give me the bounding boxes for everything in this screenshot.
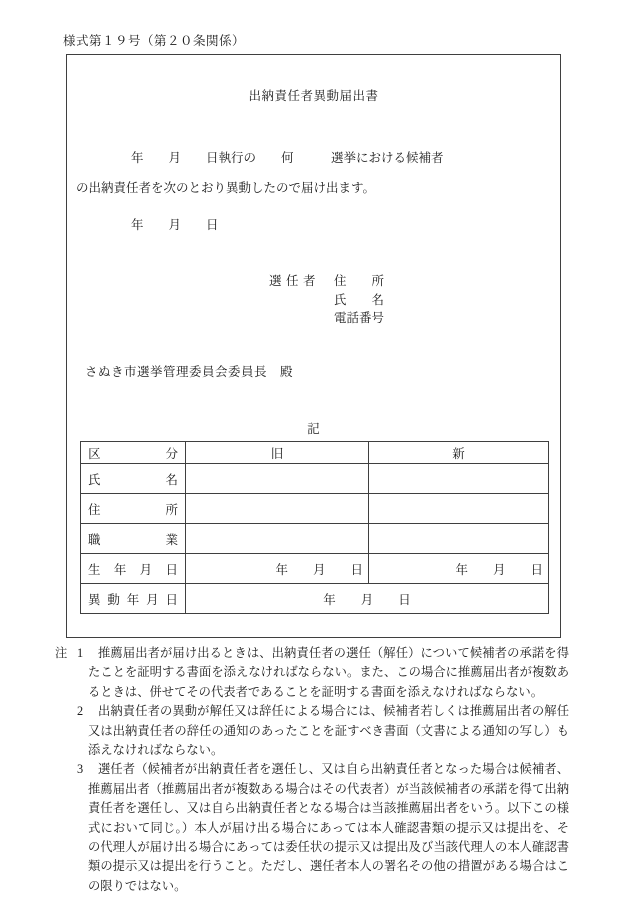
label-char: 名 bbox=[165, 470, 178, 488]
name-label-cell: 氏 名 bbox=[81, 464, 186, 494]
address-new-cell bbox=[369, 494, 549, 524]
change-table: 区 分 旧 新 氏 名 bbox=[80, 441, 549, 614]
addressee-line: さぬき市選挙管理委員会委員長 殿 bbox=[85, 362, 293, 380]
filing-date-line: 年 月 日 bbox=[131, 215, 219, 233]
note-item-1: 1 推薦届出者が届け出るときは、出納責任者の選任（解任）について候補者の承諾を得… bbox=[55, 644, 569, 702]
label-char: 住 bbox=[88, 500, 101, 518]
election-date-line: 年 月 日執行の 何 選挙における候補者 bbox=[131, 148, 444, 166]
occupation-label-cell: 職 業 bbox=[81, 524, 186, 554]
notes-section: 注 1 推薦届出者が届け出るときは、出納責任者の選任（解任）について候補者の承諾… bbox=[55, 644, 569, 896]
appointer-block: 選任者 住 所 氏 名 電話番号 bbox=[269, 272, 384, 328]
note-number: 3 bbox=[77, 760, 83, 779]
appointer-fields: 住 所 氏 名 電話番号 bbox=[334, 272, 384, 328]
appointer-label: 選任者 bbox=[269, 272, 320, 291]
form-page: 様式第１９号（第２０条関係） 出納責任者異動届出書 年 月 日執行の 何 選挙に… bbox=[0, 0, 630, 903]
note-number: 1 bbox=[77, 644, 83, 663]
note-number: 2 bbox=[77, 702, 83, 721]
header-old-cell: 旧 bbox=[186, 442, 369, 464]
label-char: 所 bbox=[165, 500, 178, 518]
birthdate-old-cell: 年 月 日 bbox=[186, 554, 369, 584]
appointer-phone-label: 電話番号 bbox=[334, 309, 384, 328]
appointer-address-label: 住 所 bbox=[334, 272, 384, 291]
appointer-name-label: 氏 名 bbox=[334, 291, 384, 310]
note-text: 出納責任者の異動が解任又は辞任による場合には、候補者若しくは推薦届出者の解任又は… bbox=[88, 702, 569, 760]
note-text: 推薦届出者が届け出るときは、出納責任者の選任（解任）について候補者の承諾を得たこ… bbox=[88, 644, 569, 702]
declaration-line: の出納責任者を次のとおり異動したので届け出ます。 bbox=[76, 178, 375, 196]
table-row-occupation: 職 業 bbox=[81, 524, 549, 554]
label-char: 月 bbox=[146, 590, 159, 608]
header-category-cell: 区 分 bbox=[81, 442, 186, 464]
label-char: 区 bbox=[88, 444, 101, 462]
birthdate-new-cell: 年 月 日 bbox=[369, 554, 549, 584]
birthdate-label-cell: 生 年 月 日 bbox=[81, 554, 186, 584]
form-box: 出納責任者異動届出書 年 月 日執行の 何 選挙における候補者 の出納責任者を次… bbox=[66, 54, 561, 638]
occupation-old-cell bbox=[186, 524, 369, 554]
label-char: 生 bbox=[88, 560, 101, 578]
label-char: 日 bbox=[165, 590, 178, 608]
note-text: 選任者（候補者が出納責任者を選任し、又は自ら出納責任者となった場合は候補者、推薦… bbox=[88, 760, 569, 896]
change-date-value-cell: 年 月 日 bbox=[186, 584, 549, 614]
ki-heading: 記 bbox=[67, 419, 560, 437]
table-row-change-date: 異 動 年 月 日 年 月 日 bbox=[81, 584, 549, 614]
table-row-name: 氏 名 bbox=[81, 464, 549, 494]
label-char: 年 bbox=[127, 590, 140, 608]
table-row-birthdate: 生 年 月 日 年 月 日 年 月 日 bbox=[81, 554, 549, 584]
name-new-cell bbox=[369, 464, 549, 494]
label-char: 日 bbox=[165, 560, 178, 578]
label-char: 職 bbox=[88, 530, 101, 548]
note-item-2: 2 出納責任者の異動が解任又は辞任による場合には、候補者若しくは推薦届出者の解任… bbox=[55, 702, 569, 760]
name-old-cell bbox=[186, 464, 369, 494]
header-new-cell: 新 bbox=[369, 442, 549, 464]
label-char: 分 bbox=[165, 444, 178, 462]
address-label-cell: 住 所 bbox=[81, 494, 186, 524]
occupation-new-cell bbox=[369, 524, 549, 554]
label-char: 月 bbox=[140, 560, 153, 578]
label-char: 業 bbox=[165, 530, 178, 548]
address-old-cell bbox=[186, 494, 369, 524]
label-char: 氏 bbox=[88, 470, 101, 488]
change-date-label-cell: 異 動 年 月 日 bbox=[81, 584, 186, 614]
label-char: 年 bbox=[114, 560, 127, 578]
label-char: 動 bbox=[107, 590, 120, 608]
table-header-row: 区 分 旧 新 bbox=[81, 442, 549, 464]
note-item-3: 3 選任者（候補者が出納責任者を選任し、又は自ら出納責任者となった場合は候補者、… bbox=[55, 760, 569, 896]
form-number-label: 様式第１９号（第２０条関係） bbox=[63, 31, 245, 49]
table-row-address: 住 所 bbox=[81, 494, 549, 524]
form-title: 出納責任者異動届出書 bbox=[67, 86, 560, 104]
label-char: 異 bbox=[88, 590, 101, 608]
